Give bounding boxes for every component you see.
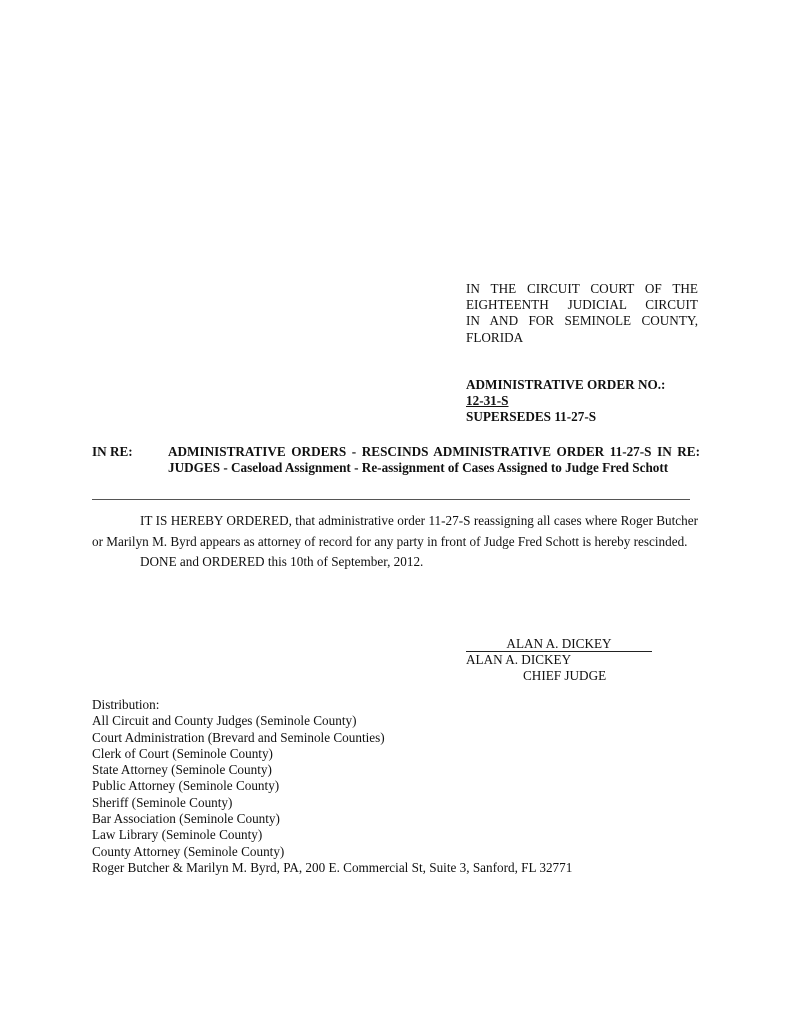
caption-line: EIGHTEENTH JUDICIAL CIRCUIT bbox=[466, 297, 698, 313]
distribution-item: Sheriff (Seminole County) bbox=[92, 795, 572, 811]
distribution-item: Public Attorney (Seminole County) bbox=[92, 778, 572, 794]
caption-line: IN THE CIRCUIT COURT OF THE bbox=[466, 281, 698, 297]
caption-line: FLORIDA bbox=[466, 330, 698, 346]
signature-line: ALAN A. DICKEY bbox=[466, 636, 652, 652]
done-ordered-paragraph: DONE and ORDERED this 10th of September,… bbox=[92, 552, 698, 573]
distribution-item: All Circuit and County Judges (Seminole … bbox=[92, 713, 572, 729]
judge-title: CHIEF JUDGE bbox=[466, 668, 666, 684]
signature-block: ALAN A. DICKEY ALAN A. DICKEY CHIEF JUDG… bbox=[466, 636, 666, 684]
caption-line: IN AND FOR SEMINOLE COUNTY, bbox=[466, 313, 698, 329]
court-caption: IN THE CIRCUIT COURT OF THE EIGHTEENTH J… bbox=[466, 281, 698, 346]
distribution-item: Law Library (Seminole County) bbox=[92, 827, 572, 843]
supersedes-note: SUPERSEDES 11-27-S bbox=[466, 409, 706, 425]
distribution-heading: Distribution: bbox=[92, 697, 572, 713]
in-re-subject: ADMINISTRATIVE ORDERS - RESCINDS ADMINIS… bbox=[168, 444, 700, 476]
in-re-label: IN RE: bbox=[92, 444, 133, 460]
order-number: 12-31-S bbox=[466, 393, 509, 408]
order-paragraph: IT IS HEREBY ORDERED, that administrativ… bbox=[92, 511, 698, 552]
distribution-item: State Attorney (Seminole County) bbox=[92, 762, 572, 778]
order-label: ADMINISTRATIVE ORDER NO.: bbox=[466, 377, 706, 393]
printed-name: ALAN A. DICKEY bbox=[466, 652, 571, 667]
distribution-item: County Attorney (Seminole County) bbox=[92, 844, 572, 860]
order-body: IT IS HEREBY ORDERED, that administrativ… bbox=[92, 511, 698, 573]
distribution-list: Distribution: All Circuit and County Jud… bbox=[92, 697, 572, 876]
distribution-item: Roger Butcher & Marilyn M. Byrd, PA, 200… bbox=[92, 860, 572, 876]
distribution-item: Clerk of Court (Seminole County) bbox=[92, 746, 572, 762]
order-header: ADMINISTRATIVE ORDER NO.: 12-31-S SUPERS… bbox=[466, 377, 706, 426]
distribution-item: Bar Association (Seminole County) bbox=[92, 811, 572, 827]
divider-line bbox=[92, 499, 690, 500]
distribution-item: Court Administration (Brevard and Semino… bbox=[92, 730, 572, 746]
